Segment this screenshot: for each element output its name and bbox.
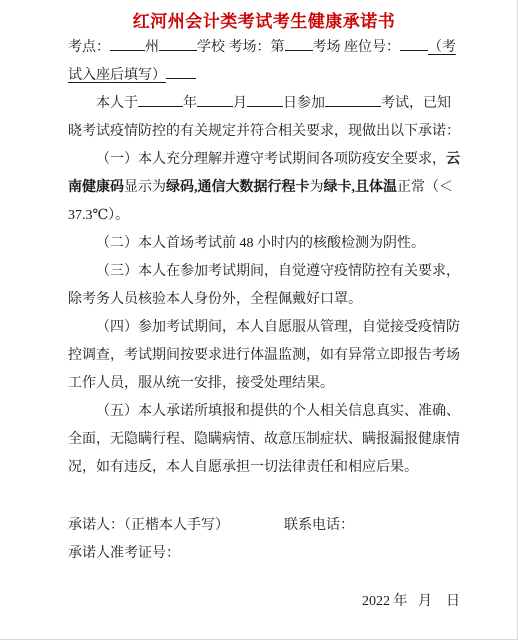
text-run: 日参加	[283, 96, 325, 111]
text-run: 州	[145, 40, 159, 55]
commitment-item-2: （二）本人首场考试前 48 小时内的核酸检测为阴性。	[68, 230, 460, 258]
commitment-item-3: （三）本人在参加考试期间，自觉遵守疫情防控有关要求，除考务人员核验本人身份外，全…	[68, 258, 460, 314]
document-page: 红河州会计类考试考生健康承诺书 考点：州学校 考场：第考场 座位号：（考试入座后…	[0, 0, 518, 640]
fill-in-blank	[197, 91, 233, 107]
exam-site-fill-in-line: 考点：州学校 考场：第考场 座位号：（考试入座后填写）	[68, 34, 460, 90]
text-run: 为	[310, 180, 324, 195]
text-run: 月	[233, 96, 247, 111]
fill-in-blank	[138, 91, 183, 107]
fill-in-blank	[400, 35, 428, 51]
promiser-label: 承诺人：（正楷本人手写）	[68, 518, 229, 533]
text-run: 本人于	[96, 96, 138, 111]
text-run: 显示为	[124, 180, 166, 195]
commitment-item-5: （五）本人承诺所填报和提供的个人相关信息真实、准确、全面，无隐瞒行程、隐瞒病情、…	[68, 398, 460, 482]
fill-in-blank	[110, 35, 145, 51]
text-run: （一）本人充分理解并遵守考试期间各项防疫安全要求，	[96, 152, 446, 167]
text-run: 学校 考场：第	[197, 40, 285, 55]
fill-in-blank	[159, 35, 197, 51]
text-run: 绿码,通信大数据行程卡	[166, 180, 310, 195]
text-run: （三）本人在参加考试期间，自觉遵守疫情防控有关要求，除考务人员核验本人身份外，全…	[68, 264, 460, 307]
ticket-number-row: 承诺人准考证号：	[68, 540, 460, 568]
ticket-number-label: 承诺人准考证号：	[68, 546, 180, 561]
fill-in-blank	[325, 91, 381, 107]
text-run: （五）本人承诺所填报和提供的个人相关信息真实、准确、全面，无隐瞒行程、隐瞒病情、…	[68, 404, 460, 475]
text-run: 绿卡,且体温	[324, 180, 398, 195]
fill-in-blank	[247, 91, 283, 107]
date-line: 2022 年 月 日	[68, 592, 462, 612]
commitment-item-4: （四）参加考试期间，本人自愿服从管理，自觉接受疫情防控调查，考试期间按要求进行体…	[68, 314, 460, 398]
intro-paragraph: 本人于年月日参加考试，已知晓考试疫情防控的有关规定并符合相关要求，现做出以下承诺…	[68, 90, 460, 146]
text-run: （四）参加考试期间，本人自愿服从管理，自觉接受疫情防控调查，考试期间按要求进行体…	[68, 320, 460, 391]
text-run: 年	[183, 96, 197, 111]
document-title: 红河州会计类考试考生健康承诺书	[68, 10, 460, 34]
text-run: 考场 座位号：	[313, 40, 401, 55]
fill-in-blank	[166, 63, 196, 79]
commitment-item-1: （一）本人充分理解并遵守考试期间各项防疫安全要求，云南健康码显示为绿码,通信大数…	[68, 146, 460, 230]
text-run: （二）本人首场考试前 48 小时内的核酸检测为阴性。	[96, 236, 425, 251]
contact-phone-label: 联系电话：	[284, 512, 354, 540]
fill-in-blank	[285, 35, 313, 51]
text-run: 考点：	[68, 40, 110, 55]
signature-row: 承诺人：（正楷本人手写）联系电话：	[68, 512, 460, 540]
